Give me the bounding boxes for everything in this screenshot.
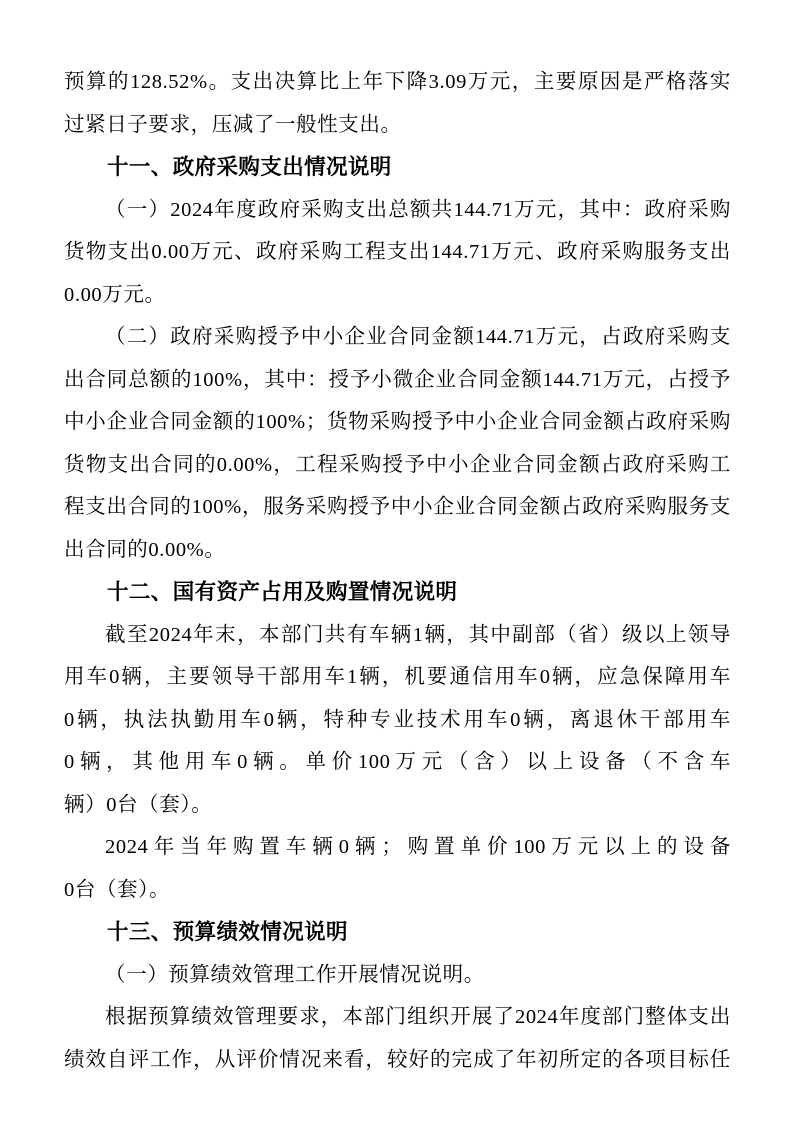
text-line-24: 绩效自评工作，从评价情况来看，较好的完成了年初所定的各项目标任	[64, 1039, 731, 1082]
text-line-12: 出合同的0.00%。	[64, 529, 731, 572]
document-page: 预算的128.52%。支出决算比上年下降3.09万元，主要原因是严格落实 过紧日…	[0, 0, 793, 1122]
section-heading-13: 十三、预算绩效情况说明	[64, 911, 731, 954]
text-line-10: 货物支出合同的0.00%，工程采购授予中小企业合同金额占政府采购工	[64, 444, 731, 487]
text-line-9: 中小企业合同金额的100%；货物采购授予中小企业合同金额占政府采购	[64, 401, 731, 444]
text-line-4: （一）2024年度政府采购支出总额共144.71万元，其中：政府采购	[64, 189, 731, 232]
text-line-5: 货物支出0.00万元、政府采购工程支出144.71万元、政府采购服务支出	[64, 231, 731, 274]
document-text-block: 预算的128.52%。支出决算比上年下降3.09万元，主要原因是严格落实 过紧日…	[64, 61, 731, 1081]
text-line-7: （二）政府采购授予中小企业合同金额144.71万元，占政府采购支	[64, 316, 731, 359]
text-line-15: 用车0辆，主要领导干部用车1辆，机要通信用车0辆，应急保障用车	[64, 656, 731, 699]
text-line-19: 2024年当年购置车辆0辆；购置单价100万元以上的设备	[64, 826, 731, 869]
text-line-8: 出合同总额的100%，其中：授予小微企业合同金额144.71万元，占授予	[64, 359, 731, 402]
text-line-11: 程支出合同的100%，服务采购授予中小企业合同金额占政府采购服务支	[64, 486, 731, 529]
text-line-17: 0辆，其他用车0辆。单价100万元（含）以上设备（不含车	[64, 741, 731, 784]
section-heading-12: 十二、国有资产占用及购置情况说明	[64, 571, 731, 614]
text-line-14: 截至2024年末，本部门共有车辆1辆，其中副部（省）级以上领导	[64, 614, 731, 657]
text-line-6: 0.00万元。	[64, 274, 731, 317]
text-line-16: 0辆，执法执勤用车0辆，特种专业技术用车0辆，离退休干部用车	[64, 699, 731, 742]
text-line-22: （一）预算绩效管理工作开展情况说明。	[64, 954, 731, 997]
section-heading-11: 十一、政府采购支出情况说明	[64, 146, 731, 189]
text-line-2: 过紧日子要求，压减了一般性支出。	[64, 104, 731, 147]
text-line-1: 预算的128.52%。支出决算比上年下降3.09万元，主要原因是严格落实	[64, 61, 731, 104]
text-line-20: 0台（套）。	[64, 869, 731, 912]
text-line-18: 辆）0台（套）。	[64, 784, 731, 827]
text-line-23: 根据预算绩效管理要求，本部门组织开展了2024年度部门整体支出	[64, 996, 731, 1039]
